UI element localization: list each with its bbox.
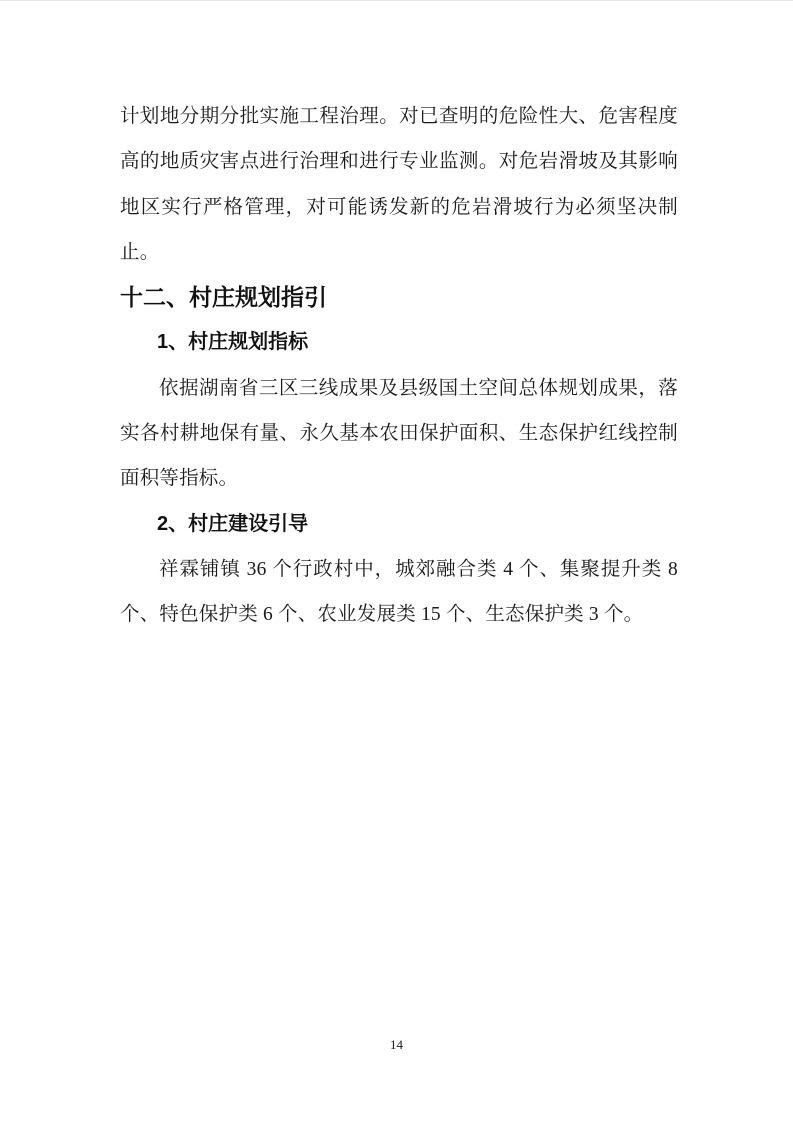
subsection-heading-village-construction-guidance: 2、村庄建设引导 xyxy=(120,502,678,547)
document-page: 计划地分期分批实施工程治理。对已查明的危险性大、危害程度高的地质灾害点进行治理和… xyxy=(0,0,793,1122)
section-heading-village-planning-guidance: 十二、村庄规划指引 xyxy=(120,275,678,320)
page-top-edge xyxy=(0,0,793,1)
page-content: 计划地分期分批实施工程治理。对已查明的危险性大、危害程度高的地质灾害点进行治理和… xyxy=(120,94,678,638)
paragraph-village-construction-guidance: 祥霖铺镇 36 个行政村中，城郊融合类 4 个、集聚提升类 8 个、特色保护类 … xyxy=(120,547,678,638)
subsection-heading-village-planning-indicators: 1、村庄规划指标 xyxy=(120,320,678,365)
paragraph-geohazard-continuation: 计划地分期分批实施工程治理。对已查明的危险性大、危害程度高的地质灾害点进行治理和… xyxy=(120,94,678,275)
page-number: 14 xyxy=(390,1037,403,1052)
paragraph-village-planning-indicators: 依据湖南省三区三线成果及县级国土空间总体规划成果，落实各村耕地保有量、永久基本农… xyxy=(120,366,678,502)
page-footer: 14 xyxy=(0,1036,793,1054)
